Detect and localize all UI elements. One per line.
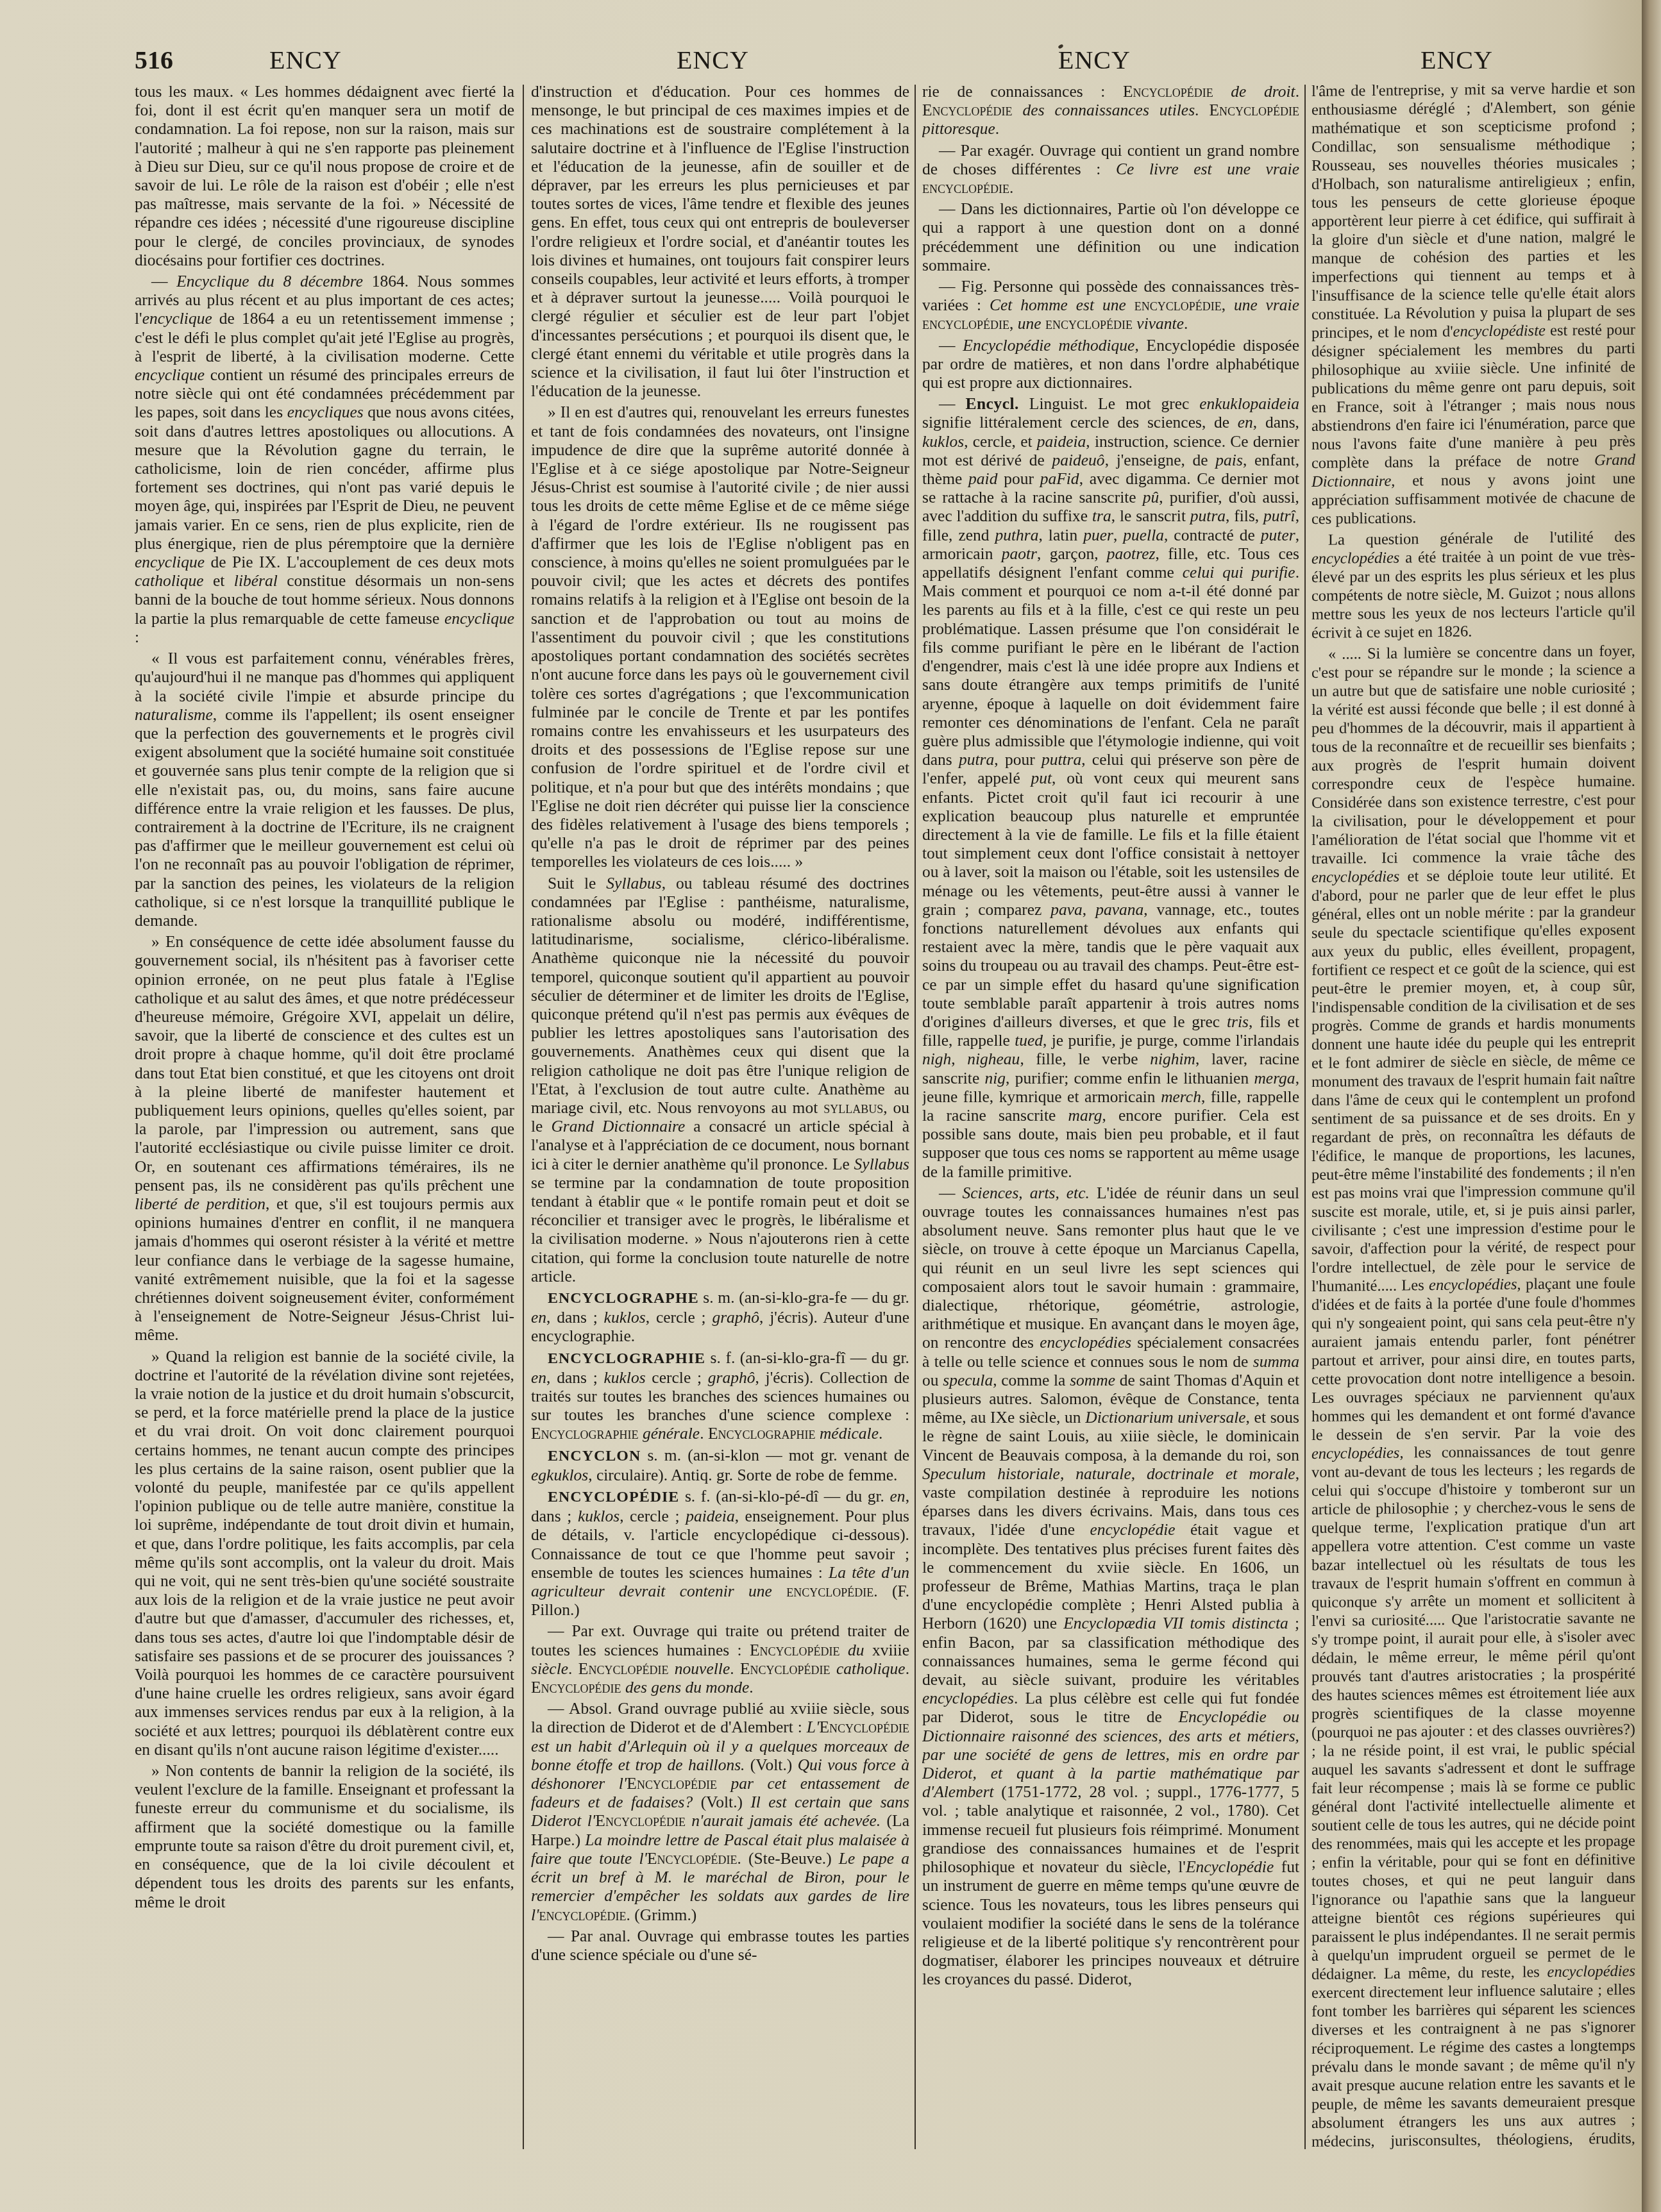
text-run: encyclopédie [1090, 1520, 1175, 1539]
text-run: . (Ste-Beuve.) [738, 1849, 839, 1868]
text-run: Encyclopédie [922, 101, 1013, 119]
text-run: en [890, 1487, 906, 1505]
text-run: , [951, 1050, 967, 1068]
text-run: merch [1161, 1087, 1201, 1106]
text-run: n'aurait jamais été achevée. [691, 1811, 881, 1830]
text-run: graphô [708, 1368, 755, 1387]
text-run: siècle [531, 1659, 568, 1678]
column-4: l'âme de l'entreprise, y mit sa verve ha… [1311, 79, 1635, 2153]
text-run: , [1083, 900, 1095, 919]
running-head-1: ENCY [269, 45, 342, 75]
text-run: , comme ils l'appellent; ils osent ensei… [135, 705, 514, 930]
text-run: . [1295, 82, 1299, 101]
headword: ENCYCLOPÉDIE [548, 1489, 679, 1505]
text-run: encyclopédies [1429, 1276, 1517, 1294]
paragraph: ENCYCLON s. m. (an-si-klon — mot gr. ven… [531, 1446, 909, 1484]
text-run: summa [1253, 1352, 1299, 1371]
text-run: nighim [1150, 1050, 1195, 1068]
text-run: , où vont ceux qui meurent sans enfants.… [922, 769, 1299, 918]
paragraph: » Quand la religion est bannie de la soc… [135, 1347, 514, 1759]
text-run: somme [1070, 1371, 1115, 1389]
text-run: Encyclopédie [1209, 101, 1299, 119]
text-run: Encyclopédie méthodique [963, 336, 1134, 355]
text-run: . (Grimm.) [627, 1906, 697, 1924]
text-run: Encyclopédie [531, 1678, 621, 1697]
text-run: Encycl. [965, 394, 1019, 413]
text-run: . [730, 1659, 740, 1678]
page-number: 516 [135, 45, 173, 75]
text-run: , [1222, 296, 1234, 314]
text-run: encyclique [135, 365, 205, 384]
text-run: . [879, 1424, 882, 1443]
text-run: , cercle ; [620, 1507, 686, 1525]
text-run: graphô [712, 1308, 759, 1327]
text-run: » Il en est d'autres qui, renouvelant le… [531, 403, 909, 871]
text-run: (Volt.) [693, 1793, 750, 1811]
headword: ENCYCLOGRAPHE [548, 1290, 699, 1307]
text-run: paFid [1040, 469, 1079, 488]
text-run: Encyclopédie [1123, 82, 1213, 101]
text-run: nigh [922, 1050, 951, 1068]
text-run: tous les maux. « Les hommes dédaignent a… [135, 82, 514, 269]
text-run: en [531, 1308, 546, 1327]
text-run: puthra [995, 526, 1039, 544]
text-run: tra [1092, 507, 1111, 525]
text-run: s. m. (an-si-klo-gra-fe — du gr. [699, 1288, 909, 1307]
text-run: encyclopédies [1311, 1445, 1399, 1462]
text-run: Cet homme est une [990, 296, 1126, 314]
text-run: xviiie [864, 1641, 909, 1659]
text-run: , les connaissances de tout genre vont a… [1311, 1442, 1635, 1983]
text-run: — Par anal. Ouvrage qui embrasse toutes … [531, 1927, 909, 1964]
text-run: se termine par la condamnation de toute … [531, 1173, 909, 1286]
paragraph: » Il en est d'autres qui, renouvelant le… [531, 403, 909, 871]
text-run: une [1018, 314, 1041, 333]
text-run: syllabus [823, 1098, 883, 1117]
text-run [1013, 101, 1023, 119]
text-run [830, 1659, 836, 1678]
text-run: « Il vous est parfaitement connu, vénéra… [135, 649, 514, 705]
text-run: putra [1190, 507, 1226, 525]
text-run: Encyclopédie [578, 1659, 669, 1678]
paragraph: — Absol. Grand ouvrage publié au xviiie … [531, 1699, 909, 1923]
paragraph: — Encycl. Linguist. Le mot grec enkuklop… [922, 394, 1299, 1181]
text-run: . [568, 1659, 578, 1678]
text-run: , je purifie, je purge, comme l'irlandai… [1043, 1031, 1299, 1050]
text-run: puter [1261, 526, 1295, 544]
text-run: pû [1143, 488, 1159, 507]
text-run: pais [1215, 451, 1243, 469]
text-run: l'âme de l'entreprise, y mit sa verve ha… [1311, 80, 1635, 342]
text-run: encyclopédie [922, 314, 1009, 333]
text-run: , le sanscrit [1111, 507, 1190, 525]
text-run: encyclique [444, 609, 514, 628]
column-rule [1304, 85, 1306, 2149]
headword: ENCYCLOGRAPHIE [548, 1350, 705, 1367]
text-run: Encyclopædia VII tomis distincta [1063, 1614, 1288, 1632]
page-header: 516 ENCY ENCY ENCY ENCY [135, 45, 1635, 83]
text-run: , et que, s'il est toujours permis aux o… [135, 1194, 514, 1344]
text-run: , dans ; [546, 1308, 604, 1327]
running-head-2: ENCY [677, 45, 749, 75]
text-run: , pour [994, 750, 1041, 769]
text-run: . [995, 119, 999, 138]
text-run: Suit le [548, 874, 606, 892]
text-run: des connaissances utiles [1023, 101, 1195, 119]
text-run: ou [922, 1371, 943, 1389]
text-run: Syllabus [606, 874, 661, 892]
text-run: encyclopédie [1134, 296, 1222, 314]
text-run: Linguist. Le mot grec [1019, 394, 1199, 413]
text-run: fut un instrument de guerre en même temp… [922, 1857, 1299, 1988]
text-run: encyclopédiste [1453, 322, 1546, 340]
text-run: du [848, 1641, 864, 1659]
text-run: nigheau [967, 1050, 1020, 1068]
text-run: Ce livre est une vraie [1116, 160, 1299, 178]
text-run: , garçon, [1037, 544, 1107, 563]
paragraph: — Sciences, arts, etc. L'idée de réunir … [922, 1184, 1299, 1989]
text-run: , comme la [993, 1371, 1070, 1389]
text-run [668, 1659, 674, 1678]
paragraph: — Encyclopédie méthodique, Encyclopédie … [922, 336, 1299, 392]
paragraph: l'âme de l'entreprise, y mit sa verve ha… [1311, 79, 1635, 528]
paragraph: » En conséquence de cette idée absolumen… [135, 932, 514, 1344]
text-run: encyclopédie [786, 1582, 873, 1600]
text-run: paid [968, 469, 997, 488]
text-run: Encyclopédie [740, 1659, 830, 1678]
text-run: putra [959, 750, 994, 769]
text-run: encyclopédies [1547, 1963, 1635, 1981]
text-run: de Pie IX. L'accouplement de ces deux mo… [205, 553, 514, 571]
text-run: encyclopédie [539, 1906, 627, 1924]
column-2: d'instruction et d'éducation. Pour ces h… [531, 82, 909, 2153]
text-run: , [1009, 314, 1018, 333]
text-run: , purifier; comme enfin le lithuanien [1006, 1069, 1254, 1087]
text-run [717, 1774, 731, 1793]
text-run: , circulaire). Antiq. gr. Sorte de robe … [588, 1466, 897, 1484]
text-run: , plaçant une foule d'idées et de faits … [1311, 1275, 1635, 1444]
text-run: en [1238, 413, 1253, 432]
text-run: put [1031, 769, 1052, 787]
paragraph: — Par exagér. Ouvrage qui contient un gr… [922, 141, 1299, 197]
text-run: kuklos [603, 1368, 645, 1387]
text-run: puer [1083, 526, 1113, 544]
text-run: générale [643, 1424, 700, 1443]
paragraph: La question générale de l'utilité des en… [1311, 528, 1635, 642]
paragraph: « ..... Si la lumière se concentre dans … [1311, 642, 1635, 2153]
text-run: pavana [1095, 900, 1143, 919]
paragraph: — Fig. Personne qui possède des connaiss… [922, 277, 1299, 333]
text-run: Encyclopédie [595, 1811, 686, 1830]
text-run: pour [997, 469, 1040, 488]
text-run: pittoresque [922, 119, 995, 138]
text-run: est resté pour désigner spécialement les… [1311, 321, 1635, 472]
text-run: Encyclographie [531, 1424, 639, 1443]
text-run [1213, 82, 1231, 101]
column-1: tous les maux. « Les hommes dédaignent a… [135, 82, 514, 2153]
column-3: rie de connaissances : Encyclopédie de d… [922, 82, 1299, 2153]
text-run: , fille, le verbe [1020, 1050, 1150, 1068]
text-run: nig [984, 1069, 1006, 1087]
text-run: — [151, 272, 176, 290]
text-run: , j'enseigne, de [1105, 451, 1216, 469]
paragraph: ENCYCLOGRAPHIE s. f. (an-si-klo-gra-fî —… [531, 1348, 909, 1443]
text-run: Encyclopédie [819, 1718, 909, 1736]
text-run [772, 1582, 786, 1600]
text-run: des gens du monde [625, 1678, 749, 1697]
text-run: Encyclopédie [647, 1849, 738, 1868]
text-run: Encyclographie [708, 1424, 816, 1443]
text-run: » Non contents de bannir la religion de … [135, 1761, 514, 1911]
text-run: rie de connaissances : [922, 82, 1123, 101]
text-run: tued [1015, 1031, 1043, 1050]
text-run: d'instruction et d'éducation. Pour ces h… [531, 82, 909, 400]
text-run: . [1009, 178, 1013, 197]
text-run: , dans, [1253, 413, 1299, 432]
text-run: L' [807, 1718, 820, 1736]
text-run: cercle ; [646, 1368, 708, 1387]
text-run [840, 1641, 848, 1659]
running-head-4: ENCY [1421, 45, 1493, 75]
text-run: . [1195, 101, 1209, 119]
text-run: celui qui purifie [1183, 563, 1295, 582]
text-run: vivante [1136, 314, 1184, 333]
book-spine-edge [1642, 0, 1661, 2212]
text-run: . Mais comment et pourquoi ce nom a-t-il… [922, 563, 1299, 769]
text-run: s. f. (an-si-klo-gra-fî — du gr. [705, 1348, 909, 1367]
text-run: tris [1227, 1012, 1249, 1031]
text-run: egkuklos [531, 1466, 588, 1484]
text-run: s. f. (an-si-klo-pé-dî — du gr. [679, 1487, 890, 1505]
text-run: specula [943, 1371, 993, 1389]
paragraph: » Non contents de bannir la religion de … [135, 1761, 514, 1911]
text-run: . [700, 1424, 708, 1443]
paragraph: Suit le Syllabus, ou tableau résumé des … [531, 874, 909, 1286]
text-run: , fils, [1226, 507, 1263, 525]
text-run: encycliques [287, 403, 364, 421]
text-run: encyclopédie [922, 178, 1009, 197]
text-run: , ou tableau résumé des doctrines condam… [531, 874, 909, 1117]
text-run: de droit [1231, 82, 1295, 101]
text-run: en [531, 1368, 546, 1387]
text-run: s. m. (an-si-klon — mot gr. venant de [641, 1446, 909, 1464]
paragraph: tous les maux. « Les hommes dédaignent a… [135, 82, 514, 269]
text-run [1126, 296, 1134, 314]
text-run: marg [1068, 1106, 1102, 1125]
text-run: . [1184, 314, 1188, 333]
text-run: , dans ; [546, 1368, 603, 1387]
paragraph: rie de connaissances : Encyclopédie de d… [922, 82, 1299, 138]
text-run: que nous avons citées, soit dans d'autre… [135, 403, 514, 552]
text-run: « ..... Si la lumière se concentre dans … [1311, 642, 1635, 867]
text-run: putrî [1263, 507, 1295, 525]
paragraph: — Dans les dictionnaires, Partie où l'on… [922, 199, 1299, 274]
text-run [686, 1811, 691, 1830]
running-head-3: ENCY [1058, 45, 1131, 75]
text-run: » En conséquence de cette idée absolumen… [135, 932, 514, 1194]
text-run: catholique [135, 571, 204, 590]
text-run: Encyclique du 8 décembre [176, 272, 363, 290]
text-run: libéral [234, 571, 278, 590]
text-run: pava [1050, 900, 1083, 919]
text-run: exercent directement leur influence salu… [1311, 1981, 1635, 2153]
text-run: encyclopédies [1040, 1333, 1131, 1352]
text-run: , contracté de [1164, 526, 1261, 544]
text-run: kuklos [604, 1308, 646, 1327]
text-run: — [939, 1184, 963, 1202]
paragraph: — Encyclique du 8 décembre 1864. Nous so… [135, 272, 514, 646]
text-run: paotrez [1107, 544, 1156, 563]
text-run: signifie littéralement cercle des scienc… [922, 413, 1238, 432]
text-run: Sciences, arts, etc. [963, 1184, 1090, 1202]
text-run: — [939, 336, 963, 355]
text-run: Encyclopédie [627, 1774, 717, 1793]
text-run: L'idée de réunir dans un seul ouvrage to… [922, 1184, 1299, 1352]
text-run: paideia [686, 1507, 735, 1525]
text-run: (Volt.) [745, 1755, 797, 1774]
text-run: , cercle, et [964, 432, 1037, 451]
text-run: : [135, 628, 139, 646]
text-run: Encyclopédie [1186, 1857, 1274, 1876]
paragraph: ENCYCLOPÉDIE s. f. (an-si-klo-pé-dî — du… [531, 1487, 909, 1619]
text-run: Grand Dictionnaire [551, 1117, 685, 1135]
text-run: et [204, 571, 234, 590]
column-rule [523, 85, 524, 2149]
text-run: Speculum historiale, naturale, doctrinal… [922, 1464, 1295, 1483]
text-run: catholique [836, 1659, 906, 1678]
text-run: une vraie [1234, 296, 1299, 314]
text-run: , vannage, etc., toutes fonctions nature… [922, 900, 1299, 1031]
paragraph: — Par anal. Ouvrage qui embrasse toutes … [531, 1927, 909, 1964]
text-run: — Dans les dictionnaires, Partie où l'on… [922, 199, 1299, 274]
text-run: . [749, 1678, 753, 1697]
headword: ENCYCLON [548, 1448, 641, 1464]
text-columns: tous les maux. « Les hommes dédaignent a… [135, 82, 1635, 2159]
text-run: Encyclopédie [750, 1641, 840, 1659]
text-run: » Quand la religion est bannie de la soc… [135, 1347, 514, 1759]
text-run: Dictionarium universale [1085, 1408, 1245, 1427]
text-run: puella [1123, 526, 1164, 544]
text-run: merga [1254, 1069, 1295, 1087]
paragraph: d'instruction et d'éducation. Pour ces h… [531, 82, 909, 400]
text-run: puttra [1041, 750, 1081, 769]
text-run: encyclique [135, 553, 205, 571]
text-run: nouvelle [675, 1659, 730, 1678]
paragraph: ENCYCLOGRAPHE s. m. (an-si-klo-gra-fe — … [531, 1288, 909, 1346]
text-run: kuklos [922, 432, 964, 451]
text-run: et se déploie toute leur utilité. Et d'a… [1311, 866, 1635, 1295]
paragraph: « Il vous est parfaitement connu, vénéra… [135, 649, 514, 930]
text-run: Syllabus [854, 1155, 909, 1173]
text-run: — [939, 394, 965, 413]
text-run: , latin [1039, 526, 1084, 544]
text-run: , cercle ; [646, 1308, 712, 1327]
text-run: encyclopédies [1311, 868, 1399, 886]
text-run: paotr [1002, 544, 1037, 563]
text-run: encyclopédie [1045, 314, 1133, 333]
text-run: encyclique [142, 309, 212, 328]
text-run: , [1113, 526, 1123, 544]
text-run: encyclopédies [922, 1689, 1014, 1707]
text-run: paideia [1037, 432, 1086, 451]
text-run: enkuklopaideia [1199, 394, 1299, 413]
text-run: encyclopédies [1311, 549, 1399, 567]
text-run: La question générale de l'utilité des [1328, 528, 1635, 549]
text-run: kuklos [578, 1507, 620, 1525]
text-run: liberté de perdition [135, 1194, 266, 1213]
text-run: médicale [820, 1424, 879, 1443]
column-rule [915, 85, 916, 2149]
text-run: naturalisme [135, 705, 213, 724]
paragraph: — Par ext. Ouvrage qui traite ou prétend… [531, 1621, 909, 1697]
text-run: . [906, 1659, 909, 1678]
text-run: paideuô [1052, 451, 1104, 469]
